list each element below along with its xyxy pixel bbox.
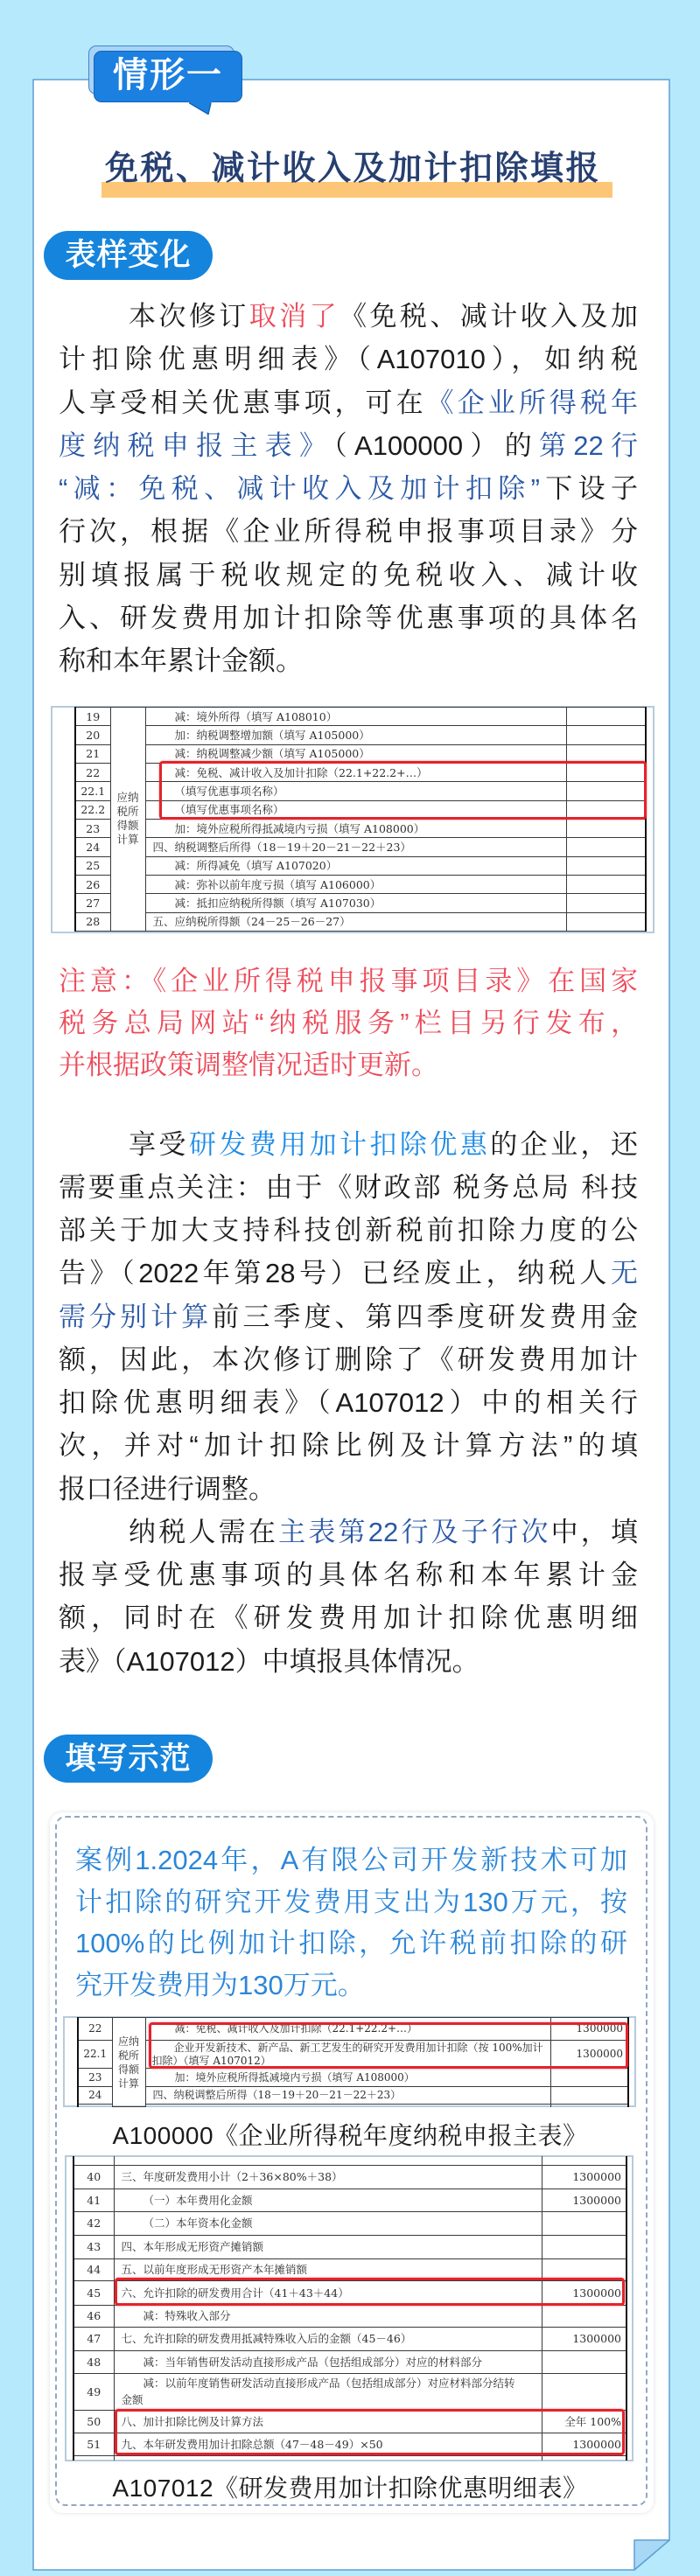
line-number: 42: [73, 2211, 114, 2235]
item-cell: 减：境外所得（填写 A108010）: [145, 708, 566, 726]
paragraph-form-changes: 本次修订取消了《免税、减计收入及加 计扣除优惠明细表》（A107010），如纳税…: [59, 295, 638, 682]
text-run: 扣除优惠明细表》（A107012）中的相关行: [59, 1387, 638, 1418]
text-run: 前三季度、第四季度研发费用金: [212, 1302, 638, 1332]
text-run: 行次，根据《企业所得税申报事项目录》分: [59, 516, 638, 547]
line-number: 43: [73, 2235, 114, 2258]
text-line: 别填报属于税收规定的免税收入、减计收: [59, 554, 638, 597]
text-line: 本次修订取消了《免税、减计收入及加: [59, 295, 638, 338]
text-run: 称和本年累计金额。: [59, 646, 303, 676]
text-line: 享受研发费用加计扣除优惠的企业，还: [59, 1123, 638, 1166]
text-line: 告》（2022年第28号）已经废止，纳税人无: [59, 1252, 638, 1295]
red-annotation-box: [115, 2278, 625, 2306]
line-number: 22.1: [78, 2041, 112, 2069]
text-run: 下设子: [540, 473, 638, 504]
text-line: 需要重点关注：由于《财政部 税务总局 科技: [59, 1166, 638, 1209]
text-line: 需分别计算前三季度、第四季度研发费用金: [59, 1295, 638, 1338]
text-run: 享受: [129, 1129, 189, 1160]
table-caption: A107012《研发费用加计扣除优惠明细表》: [87, 2471, 612, 2506]
text-line: “减：免税、减计收入及加计扣除”下设子: [59, 467, 638, 510]
amount-cell: [542, 2235, 626, 2258]
line-number: 24: [75, 838, 110, 856]
text-run: 表》（A107012）中填报具体情况。: [59, 1646, 479, 1677]
text-run: 入、研发费用加计扣除等优惠事项的具体名: [59, 603, 638, 633]
text-run: 报口径进行调整。: [59, 1474, 276, 1504]
amount-cell: [566, 912, 646, 931]
category-label-line: 应纳: [113, 2035, 145, 2049]
table-row: 43 四、本年形成无形资产摊销额: [73, 2235, 626, 2258]
text-line: 计扣除优惠明细表》（A107010），如纳税: [59, 338, 638, 380]
heading-pill-label: 填写示范: [65, 1742, 191, 1776]
highlight-blue-text: 研发费用加计扣除优惠: [189, 1129, 490, 1160]
amount-cell: 1300000: [542, 2189, 626, 2211]
table-row-cropped: [78, 2105, 628, 2107]
item-cell: 加：纳税调整增加额（填写 A105000）: [145, 726, 566, 744]
section-title: 免税、减计收入及加计扣除填报: [105, 150, 601, 187]
item-cell: 四、纳税调整后所得（18－19＋20－21－22＋23）: [145, 2087, 550, 2105]
text-line: 入、研发费用加计扣除等优惠事项的具体名: [59, 597, 638, 639]
text-run: （A100000）的: [333, 430, 539, 461]
amount-cell: [566, 708, 646, 726]
line-number: 22.2: [75, 800, 110, 819]
line-number: 47: [73, 2327, 114, 2350]
highlight-blue-text: 《企业所得税年: [427, 387, 638, 418]
line-number: [78, 2105, 112, 2107]
article-page: 情形一 免税、减计收入及加计扣除填报 表样变化 本次修订取消了《免税、减计收入及…: [0, 0, 700, 2576]
amount-cell: [550, 2069, 628, 2087]
category-label-line: 计算: [113, 2077, 145, 2091]
text-line: 计扣除的研究开发费用支出为130万元，按: [75, 1881, 627, 1923]
amount-cell: [550, 2105, 628, 2107]
text-run: 别填报属于税收规定的免税收入、减计收: [59, 560, 638, 590]
category-cell: 应纳 税所 得额 计算: [112, 2018, 145, 2107]
item-cell: 四、本年形成无形资产摊销额: [114, 2235, 542, 2258]
item-cell: 减：弥补以前年度亏损（填写 A106000）: [145, 875, 566, 893]
amount-cell: [566, 838, 646, 856]
table-row: 20 加：纳税调整增加额（填写 A105000）: [75, 726, 646, 744]
text-run: 额，因此，本次修订删除了《研发费用加计: [59, 1344, 638, 1375]
amount-cell: [566, 894, 646, 912]
table-caption: A100000《企业所得税年度纳税申报主表》: [87, 2119, 612, 2154]
category-label-line: 计算: [111, 833, 145, 847]
item-cell: 七、允许扣除的研发费用抵减特殊收入后的金额（45－46）: [114, 2327, 542, 2350]
item-cell: 减：抵扣应纳税所得额（填写 A107030）: [145, 894, 566, 912]
highlight-blue-text: 无: [611, 1258, 638, 1288]
line-number: 22: [75, 763, 110, 781]
text-line: 额，同时在《研发费用加计扣除优惠明细: [59, 1596, 638, 1639]
text-run: 《免税、减计收入及加: [339, 301, 638, 332]
amount-cell: [566, 856, 646, 875]
line-number: 44: [73, 2258, 114, 2280]
text-line: 纳税人需在主表第22行及子行次中，填: [59, 1511, 638, 1553]
category-label-line: 应纳: [111, 791, 145, 805]
text-line: 100%的比例加计扣除，允许税前扣除的研: [75, 1923, 627, 1965]
text-line: 表》（A107012）中填报具体情况。: [59, 1640, 638, 1683]
text-line: 称和本年累计金额。: [59, 639, 638, 682]
line-number: 21: [75, 744, 110, 763]
section-tab-label: 情形一: [113, 56, 223, 94]
text-line: 究开发费用为130万元。: [75, 1965, 627, 2007]
line-number: 20: [75, 726, 110, 744]
table-row: 24 四、纳税调整后所得（18－19＋20－21－22＋23）: [75, 838, 646, 856]
line-number: 45: [73, 2280, 114, 2305]
text-line: 案例1.2024年，A有限公司开发新技术可加: [75, 1840, 627, 1881]
item-cell: 减：当年销售研发活动直接形成产品（包括组成部分）对应的材料部分: [114, 2350, 542, 2373]
highlight-blue-text: 需分别计算: [59, 1302, 212, 1332]
table-row: 46 减：特殊收入部分: [73, 2305, 626, 2327]
table-row: 27 减：抵扣应纳税所得额（填写 A107030）: [75, 894, 646, 912]
amount-cell: [542, 2455, 626, 2461]
page-curl-icon: [634, 2540, 669, 2570]
text-run: 报享受优惠事项的具体名称和本年累计金: [59, 1560, 638, 1590]
item-cell: 加：境外应税所得抵减境内亏损（填写 A108000）: [145, 2069, 550, 2087]
category-label-line: 税所: [113, 2049, 145, 2063]
text-run: 需要重点关注：由于《财政部 税务总局 科技: [59, 1172, 638, 1203]
table-row: 19 应纳 税所 得额 计算 减：境外所得（填写 A108010）: [75, 708, 646, 726]
amount-cell: [542, 2156, 626, 2165]
table-row: 23 加：境外应税所得抵减境内亏损（填写 A108000）: [75, 819, 646, 837]
category-label-line: 得额: [113, 2063, 145, 2077]
item-cell: （一）本年费用化金额: [114, 2189, 542, 2211]
highlight-red-text: 取消了: [249, 301, 339, 332]
highlight-blue-text: “减：免税、减计收入及加计扣除”: [59, 473, 540, 504]
item-cell: 三、年度研发费用小计（2＋36×80%＋38）: [114, 2165, 542, 2189]
item-cell: 减：特殊收入部分: [114, 2305, 542, 2327]
text-run: 次，并对“加计扣除比例及计算方法”的填: [59, 1430, 638, 1461]
line-number: 50: [73, 2410, 114, 2433]
table-row: 49 减：以前年度销售研发活动直接形成产品（包括组成部分）对应材料部分结转 金额: [73, 2373, 626, 2410]
category-label-line: 得额: [111, 819, 145, 833]
text-line: 注意：《企业所得税申报事项目录》在国家: [59, 960, 638, 1002]
line-number: 23: [78, 2069, 112, 2087]
item-text-line: 金额: [122, 2393, 536, 2406]
red-annotation-box: [115, 2409, 625, 2455]
text-run: 额，同时在《研发费用加计扣除优惠明细: [59, 1602, 638, 1633]
highlight-blue-text: 主表第22行及子行次: [278, 1517, 550, 1547]
text-run: 本次修订: [129, 301, 249, 332]
highlight-blue-text: 第22行: [539, 430, 638, 461]
line-number: 24: [78, 2087, 112, 2105]
table-row: 41 （一）本年费用化金额 1300000: [73, 2189, 626, 2211]
text-line: 报口径进行调整。: [59, 1468, 638, 1511]
table-row: 25 减：所得减免（填写 A107020）: [75, 856, 646, 875]
table-row: 42 （二）本年资本化金额: [73, 2211, 626, 2235]
table-row: 23 加：境外应税所得抵减境内亏损（填写 A108000）: [78, 2069, 628, 2087]
text-run: 人享受相关优惠事项，可在: [59, 387, 427, 418]
text-run: 的企业，还: [490, 1129, 638, 1160]
item-cell: [114, 2455, 542, 2461]
text-line: 行次，根据《企业所得税申报事项目录》分: [59, 510, 638, 553]
table-row: 47 七、允许扣除的研发费用抵减特殊收入后的金额（45－46） 1300000: [73, 2327, 626, 2350]
text-line: 度纳税申报主表》（A100000）的第22行: [59, 424, 638, 467]
case-description: 案例1.2024年，A有限公司开发新技术可加 计扣除的研究开发费用支出为130万…: [75, 1840, 627, 2007]
line-number: 49: [73, 2373, 114, 2410]
text-run: 部关于加大支持科技创新税前扣除力度的公: [59, 1215, 638, 1246]
text-line: 部关于加大支持科技创新税前扣除力度的公: [59, 1209, 638, 1252]
amount-cell: [542, 2211, 626, 2235]
table-row-cropped: [73, 2156, 626, 2165]
category-label-line: 税所: [111, 805, 145, 819]
line-number: 22.1: [75, 782, 110, 800]
line-number: 28: [75, 912, 110, 931]
table-row: 26 减：弥补以前年度亏损（填写 A106000）: [75, 875, 646, 893]
amount-cell: [566, 875, 646, 893]
item-cell: 减：以前年度销售研发活动直接形成产品（包括组成部分）对应材料部分结转 金额: [114, 2373, 542, 2410]
table-row: 28 五、应纳税所得额（24－25－26－27）: [75, 912, 646, 931]
line-number: 41: [73, 2189, 114, 2211]
item-cell: [114, 2156, 542, 2165]
amount-cell: [550, 2087, 628, 2105]
line-number: 27: [75, 894, 110, 912]
amount-cell: [542, 2305, 626, 2327]
item-cell: （二）本年资本化金额: [114, 2211, 542, 2235]
text-line: 扣除优惠明细表》（A107012）中的相关行: [59, 1381, 638, 1424]
item-cell: 四、纳税调整后所得（18－19＋20－21－22＋23）: [145, 838, 566, 856]
red-annotation-box: [149, 2022, 628, 2069]
amount-cell: 1300000: [542, 2165, 626, 2189]
heading-pill-form-changes: 表样变化: [44, 231, 213, 280]
note-paragraph: 注意：《企业所得税申报事项目录》在国家 税务总局网站“纳税服务”栏目另行发布， …: [59, 960, 638, 1086]
text-run: 中，填: [551, 1517, 638, 1547]
amount-cell: [566, 726, 646, 744]
paragraph-rd-deduction: 享受研发费用加计扣除优惠的企业，还 需要重点关注：由于《财政部 税务总局 科技 …: [59, 1123, 638, 1683]
item-cell: 减：所得减免（填写 A107020）: [145, 856, 566, 875]
line-number: [73, 2156, 114, 2165]
text-line: 人享受相关优惠事项，可在《企业所得税年: [59, 381, 638, 424]
item-cell: [145, 2105, 550, 2107]
red-annotation-box: [159, 761, 647, 820]
line-number: 22: [78, 2018, 112, 2041]
item-text-line: 减：以前年度销售研发活动直接形成产品（包括组成部分）对应材料部分结转: [122, 2377, 536, 2390]
heading-pill-example: 填写示范: [44, 1735, 213, 1783]
text-line: 税务总局网站“纳税服务”栏目另行发布，: [59, 1002, 638, 1044]
line-number: 48: [73, 2350, 114, 2373]
text-line: 额，因此，本次修订删除了《研发费用加计: [59, 1338, 638, 1381]
amount-cell: [542, 2350, 626, 2373]
text-line: 并根据政策调整情况适时更新。: [59, 1044, 638, 1086]
table-row-cropped: [73, 2455, 626, 2461]
line-number: 26: [75, 875, 110, 893]
line-number: 25: [75, 856, 110, 875]
amount-cell: [566, 819, 646, 837]
amount-cell: 1300000: [542, 2327, 626, 2350]
amount-cell: [542, 2373, 626, 2410]
text-run: 告》（2022年第28号）已经废止，纳税人: [59, 1258, 611, 1288]
line-number: 51: [73, 2433, 114, 2455]
item-cell: 五、应纳税所得额（24－25－26－27）: [145, 912, 566, 931]
line-number: [73, 2455, 114, 2461]
line-number: 19: [75, 708, 110, 726]
heading-pill-label: 表样变化: [65, 238, 191, 272]
table-row: 48 减：当年销售研发活动直接形成产品（包括组成部分）对应的材料部分: [73, 2350, 626, 2373]
line-number: 46: [73, 2305, 114, 2327]
text-line: 报享受优惠事项的具体名称和本年累计金: [59, 1553, 638, 1596]
table-row: 24 四、纳税调整后所得（18－19＋20－21－22＋23）: [78, 2087, 628, 2105]
text-line: 次，并对“加计扣除比例及计算方法”的填: [59, 1424, 638, 1467]
text-run: 计扣除优惠明细表》（A107010），如纳税: [59, 344, 638, 374]
section-tab: 情形一: [94, 51, 242, 102]
line-number: 23: [75, 819, 110, 837]
item-cell: 加：境外应税所得抵减境内亏损（填写 A108000）: [145, 819, 566, 837]
table-row: 40 三、年度研发费用小计（2＋36×80%＋38） 1300000: [73, 2165, 626, 2189]
highlight-blue-text: 度纳税申报主表》: [59, 430, 333, 461]
category-cell: 应纳 税所 得额 计算: [110, 708, 145, 932]
line-number: 40: [73, 2165, 114, 2189]
text-run: 纳税人需在: [129, 1517, 278, 1547]
